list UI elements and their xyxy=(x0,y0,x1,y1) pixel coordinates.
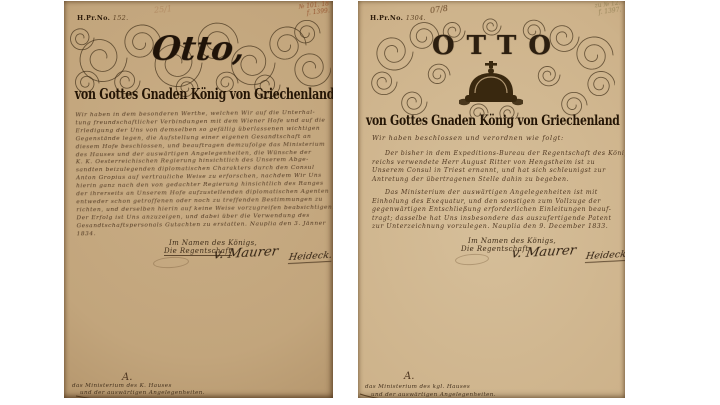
signature-heideck: Heideck. xyxy=(288,250,333,264)
handwritten-line: Einholung des Exequatur, und den sonstig… xyxy=(372,198,612,207)
top-center-annotation: 07/8 xyxy=(429,4,448,15)
signature-heideck: Heideck. xyxy=(585,249,625,263)
top-right-annotation: zu № 12. f. 1397. xyxy=(594,1,622,17)
handwritten-line: zur Unterzeichnung vorzulegen. Nauplia d… xyxy=(372,223,612,232)
footer-address-line1: das Ministerium des K. Hauses xyxy=(72,383,172,389)
handwritten-line: Antretung der übertragenen Stelle dahin … xyxy=(372,176,625,185)
handwritten-line: 1834. xyxy=(77,228,333,239)
royal-style-line: von Gottes Gnaden König von Griechenland xyxy=(75,85,322,103)
footer-address-line1: das Ministerium des kgl. Hauses xyxy=(365,384,470,390)
handwritten-line: tragt; dasselbe hat Uns insbesondere das… xyxy=(372,215,612,224)
body-text: Wir haben in dem besonderen Werthe, welc… xyxy=(75,110,333,239)
handwritten-line: gegenwärtigen Entschließung erforderlich… xyxy=(372,206,612,215)
crown-icon xyxy=(459,61,523,107)
handwritten-line: reichs verwendete Herr August Ritter von… xyxy=(372,159,625,168)
handwritten-line: Der bisher in dem Expeditions-Bureau der… xyxy=(372,150,625,159)
body-paragraph-1: Der bisher in dem Expeditions-Bureau der… xyxy=(372,150,625,184)
signature-maurer: v. Maurer xyxy=(510,243,577,261)
document-left: H.Pr.No. 152. 25/1 № 101. 18 f. 1399. Ot… xyxy=(64,1,333,398)
screenshot-canvas: H.Pr.No. 152. 25/1 № 101. 18 f. 1399. Ot… xyxy=(0,0,720,405)
handwritten-line: Unserem Consul in Triest ernannt, und ha… xyxy=(372,167,625,176)
signature-maurer: v. Maurer xyxy=(212,244,279,262)
embossed-seal xyxy=(153,256,190,269)
royal-name-script: Otto, xyxy=(64,29,333,68)
footer-initial: A. xyxy=(404,371,414,382)
embossed-seal xyxy=(455,253,490,266)
decree-intro-line: Wir haben beschlossen und verordnen wie … xyxy=(372,134,564,142)
handwritten-line: Das Ministerium der auswärtigen Angelege… xyxy=(372,189,612,198)
in-the-name-line: Im Namen des Königs, xyxy=(468,237,556,245)
royal-name-capitals: OTTO xyxy=(358,31,625,61)
royal-style-line: von Gottes Gnaden König von Griechenland xyxy=(366,111,617,129)
body-paragraph-2: Das Ministerium der auswärtigen Angelege… xyxy=(372,189,612,232)
footer-swash-flourish xyxy=(358,393,528,398)
footer-initial: A. xyxy=(122,372,132,383)
document-right: H.Pr.No. 1304. 07/8 zu № 12. f. 1397. OT… xyxy=(358,1,625,398)
footer-swash-flourish xyxy=(72,394,272,398)
